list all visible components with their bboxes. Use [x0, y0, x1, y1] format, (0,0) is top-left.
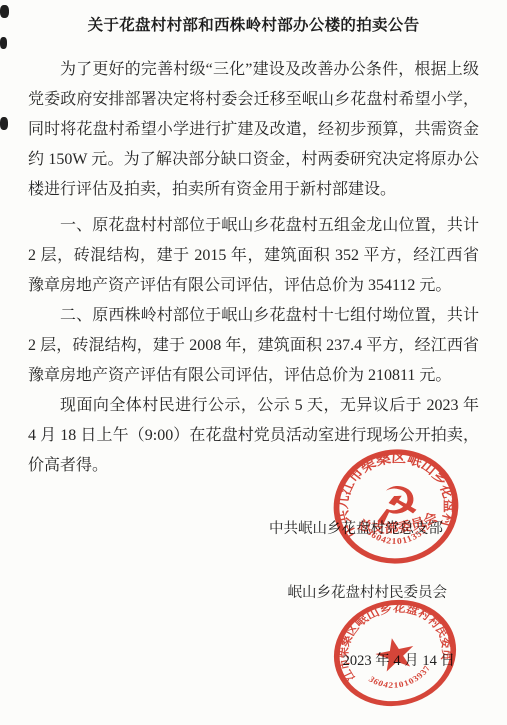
signature-party-branch: 中共岷山乡花盘村党总支部: [269, 517, 443, 538]
paragraph-item-1: 一、原花盘村村部位于岷山乡花盘村五组金龙山位置，共计 2 层，砖混结构，建于 2…: [28, 211, 479, 301]
scan-artifact: [0, 117, 8, 130]
signature-village-committee: 岷山乡花盘村村民委员会: [288, 581, 448, 602]
document-body: 为了更好的完善村级“三化”建设及改善办公条件，根据上级党委政府安排部署决定将村委…: [28, 55, 479, 481]
document-date: 2023 年 4 月 14 日: [343, 649, 455, 670]
svg-text:九江市柴桑区岷山乡花盘村村民委员会: 九江市柴桑区岷山乡花盘村村民委员会: [322, 587, 458, 687]
paragraph-notice: 现面向全体村民进行公示，公示 5 天，无异议后于 2023 年 4 月 18 日…: [28, 391, 479, 481]
paragraph-item-2: 二、原西株岭村部位于岷山乡花盘村十七组付坳位置，共计 2 层，砖混结构，建于 2…: [28, 301, 479, 391]
document-title: 关于花盘村村部和西株岭村部办公楼的拍卖公告: [0, 13, 507, 35]
document-page: 关于花盘村村部和西株岭村部办公楼的拍卖公告 为了更好的完善村级“三化”建设及改善…: [0, 0, 507, 725]
seal-ring-text: 九江市柴桑区岷山乡花盘村村民委员会: [322, 587, 458, 687]
scan-artifact: [0, 37, 7, 49]
paragraph-intro: 为了更好的完善村级“三化”建设及改善办公条件，根据上级党委政府安排部署决定将村委…: [28, 55, 479, 205]
